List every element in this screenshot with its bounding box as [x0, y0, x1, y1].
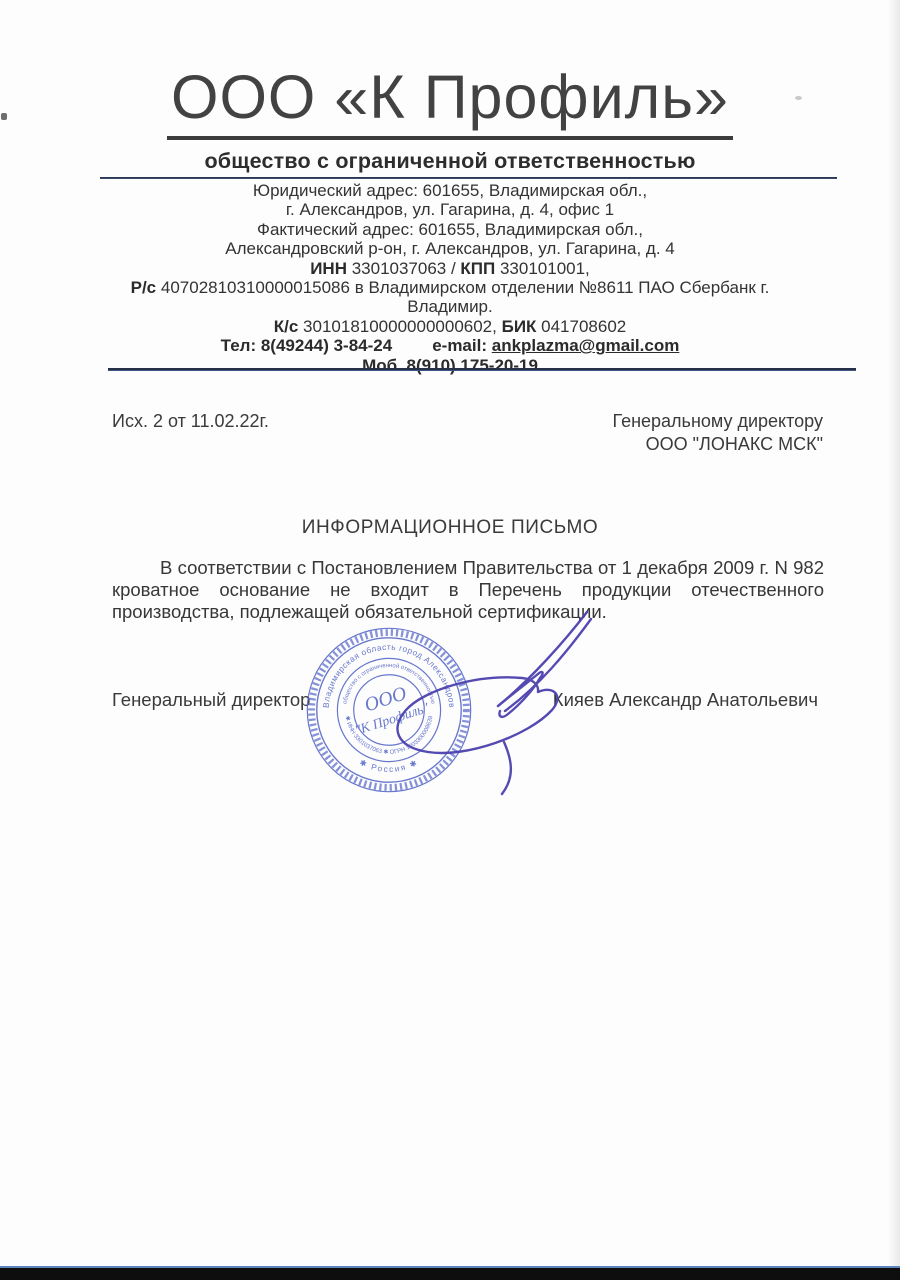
address-segment: Моб. 8(910) 175-20-19	[362, 356, 538, 375]
address-line: ИНН 3301037063 / КПП 330101001,	[0, 259, 900, 278]
address-segment: ИНН	[310, 259, 352, 278]
scan-edge-shadow	[888, 0, 900, 1266]
address-segment: БИК	[502, 317, 542, 336]
address-segment: К/с	[274, 317, 303, 336]
address-line: Владимир.	[0, 297, 900, 316]
address-segment: 3301037063 /	[352, 259, 461, 278]
recipient-line: ООО "ЛОНАКС МСК"	[613, 433, 823, 456]
scan-bottom-bar	[0, 1268, 900, 1280]
address-line: Юридический адрес: 601655, Владимирская …	[0, 181, 900, 200]
recipient-block: Генеральному директору ООО "ЛОНАКС МСК"	[613, 410, 823, 456]
letterhead-divider-bottom	[108, 368, 856, 371]
address-line: Р/с 40702810310000015086 в Владимирском …	[0, 278, 900, 297]
address-segment: 30101810000000000602,	[303, 317, 502, 336]
company-title: ООО «К Профиль»	[167, 62, 733, 140]
address-segment: 041708602	[541, 317, 626, 336]
address-segment: ankplazma@gmail.com	[492, 336, 680, 355]
address-segment: Фактический адрес: 601655, Владимирская …	[257, 220, 643, 239]
address-segment: г. Александров, ул. Гагарина, д. 4, офис…	[286, 200, 614, 219]
letterhead-address: Юридический адрес: 601655, Владимирская …	[0, 181, 900, 375]
address-segment: Р/с	[131, 278, 161, 297]
address-segment: Владимир.	[407, 297, 493, 316]
scan-speck	[1, 113, 7, 120]
address-segment: 40702810310000015086 в Владимирском отде…	[161, 278, 770, 297]
address-line: Тел: 8(49244) 3-84-24e-mail: ankplazma@g…	[0, 336, 900, 355]
address-line: К/с 30101810000000000602, БИК 041708602	[0, 317, 900, 336]
address-segment: Тел: 8(49244) 3-84-24	[221, 336, 393, 355]
meta-row: Исх. 2 от 11.02.22г. Генеральному директ…	[112, 410, 823, 456]
address-line: Фактический адрес: 601655, Владимирская …	[0, 220, 900, 239]
address-line: г. Александров, ул. Гагарина, д. 4, офис…	[0, 200, 900, 219]
letter-title: ИНФОРМАЦИОННОЕ ПИСЬМО	[0, 517, 900, 539]
letterhead: ООО «К Профиль»	[0, 62, 900, 140]
address-segment: Александровский р-он, г. Александров, ул…	[225, 239, 675, 258]
address-segment: КПП	[460, 259, 500, 278]
signer-title: Генеральный директор	[112, 689, 310, 711]
address-line: Александровский р-он, г. Александров, ул…	[0, 239, 900, 258]
company-subtitle: общество с ограниченной ответственностью	[0, 149, 900, 174]
handwritten-signature-icon	[388, 572, 603, 802]
address-segment: 330101001,	[500, 259, 590, 278]
address-segment: e-mail:	[432, 336, 492, 355]
scanned-letter-page: ООО «К Профиль» общество с ограниченной …	[0, 0, 900, 1280]
recipient-line: Генеральному директору	[613, 410, 823, 433]
address-segment: Юридический адрес: 601655, Владимирская …	[253, 181, 647, 200]
scan-speck	[795, 96, 802, 100]
outgoing-ref: Исх. 2 от 11.02.22г.	[112, 410, 269, 433]
address-line: Моб. 8(910) 175-20-19	[0, 356, 900, 375]
letterhead-divider-top	[100, 177, 837, 179]
